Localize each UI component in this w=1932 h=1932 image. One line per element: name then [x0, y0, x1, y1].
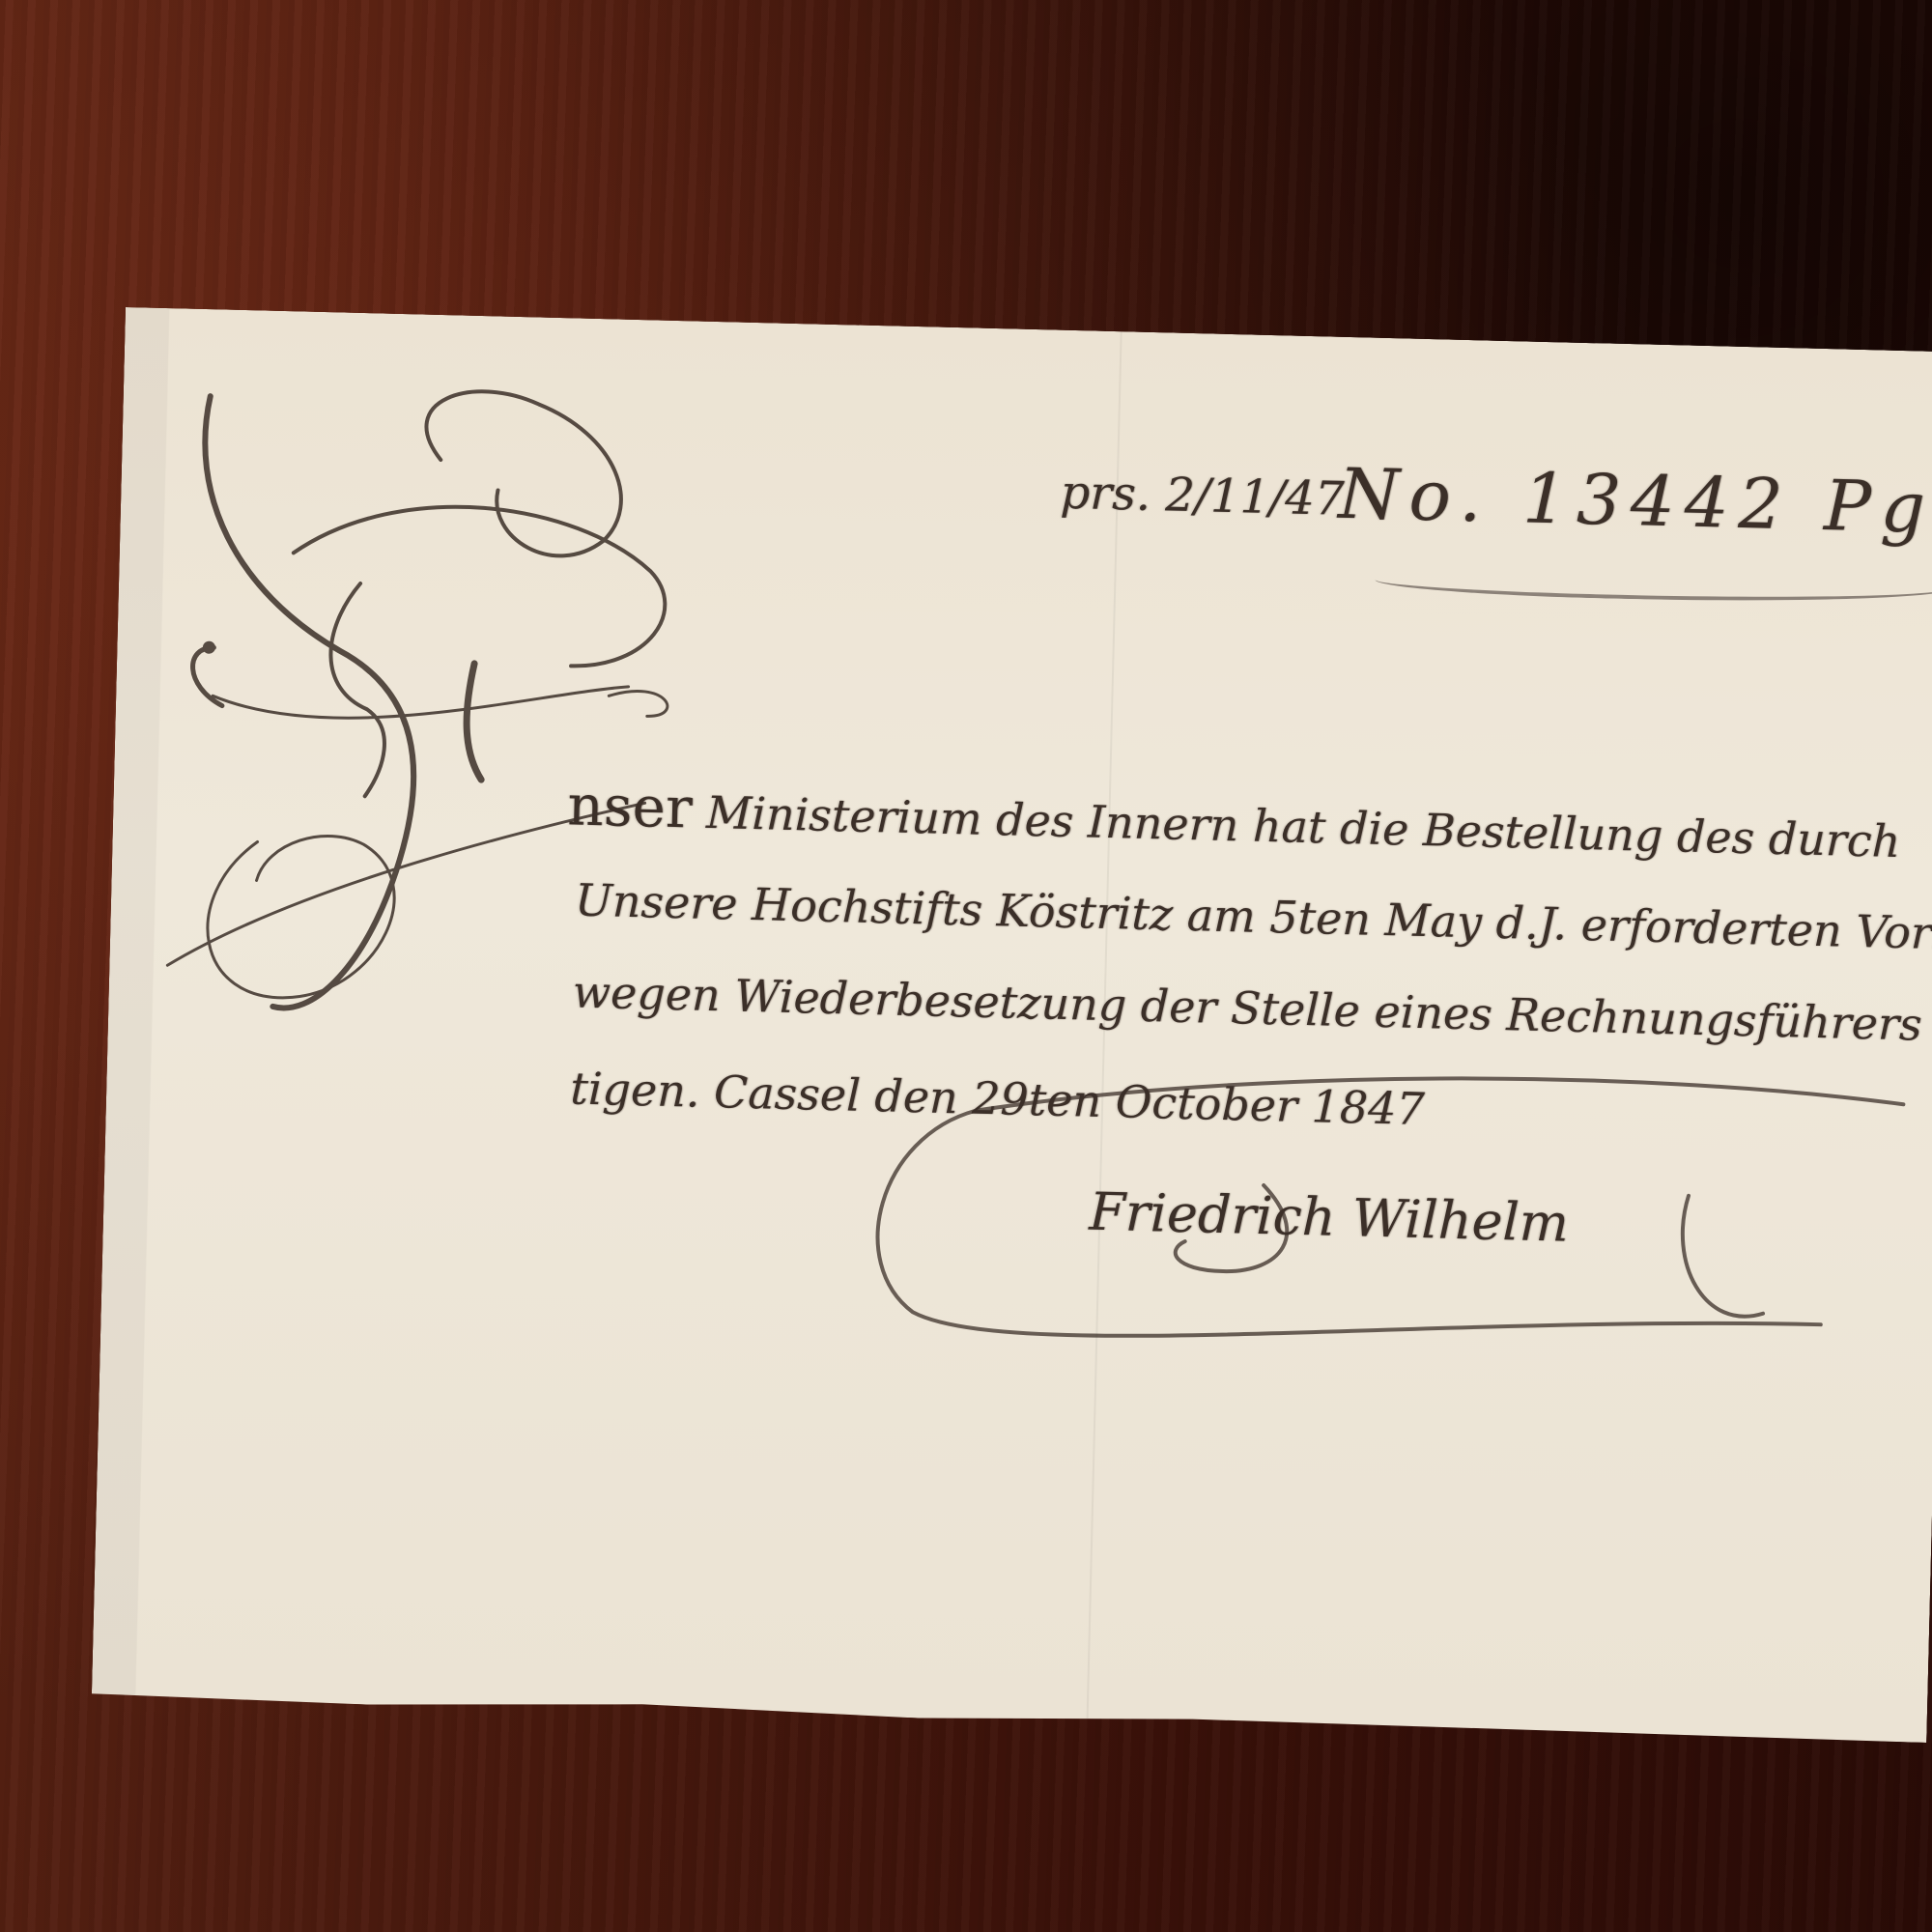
text-line-3: wegen Wiederbesetzung der Stelle eines R…	[572, 966, 1932, 1064]
signature: Friedrich Wilhelm	[1089, 1181, 1570, 1254]
document-sheet: prs. 2/11/47 No. 13442 Pg. nser Minister…	[92, 307, 1932, 1743]
line-1-lead: nser	[567, 772, 694, 840]
text-line-2: Unsere Hochstifts Köstritz am 5ten May d…	[574, 874, 1932, 962]
received-note: prs. 2/11/47	[1060, 466, 1345, 526]
line-1-body: Ministerium des Innern hat die Bestellun…	[706, 786, 1901, 867]
reference-number: No. 13442 Pg.	[1338, 453, 1932, 550]
reference-flourish	[1375, 560, 1932, 608]
text-line-1: nser Ministerium des Innern hat die Best…	[567, 772, 1901, 870]
decorative-initial-u-icon	[137, 337, 733, 1046]
